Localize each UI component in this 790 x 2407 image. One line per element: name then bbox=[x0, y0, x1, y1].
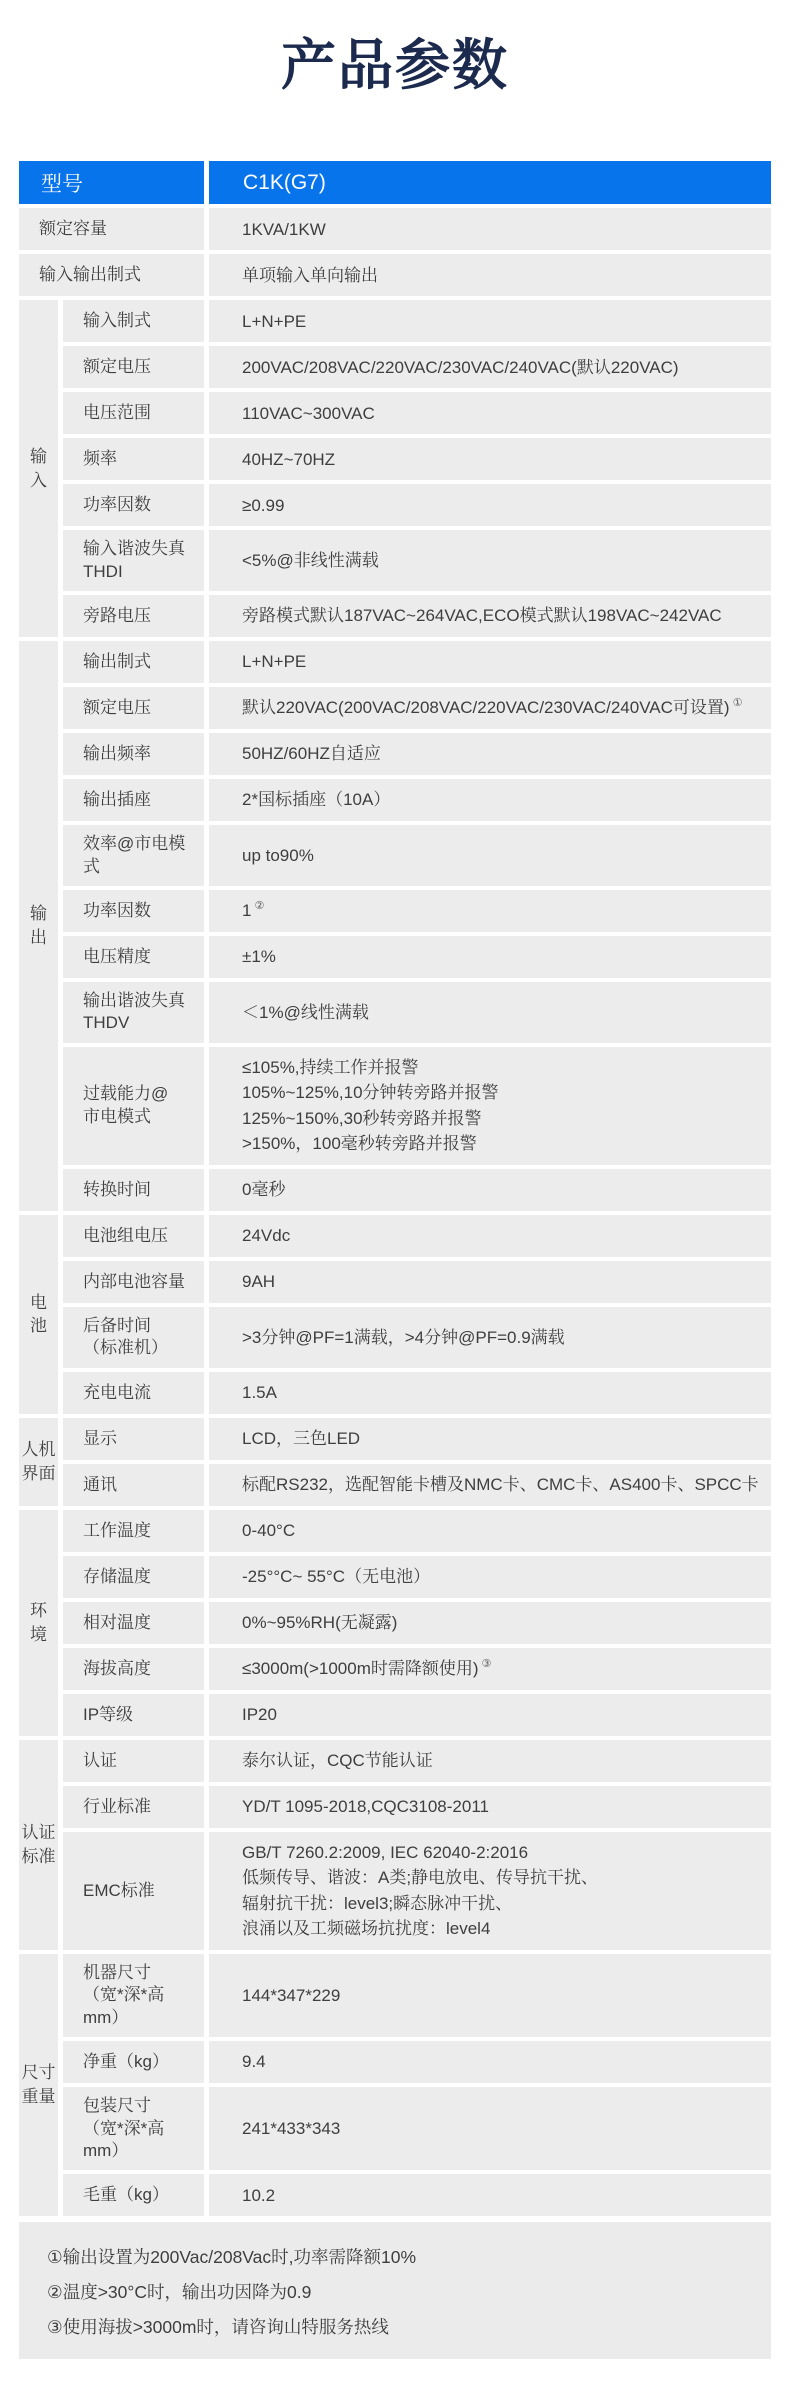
table-row: 包装尺寸 （宽*深*高mm）241*433*343 bbox=[63, 2087, 771, 2170]
table-row: 效率@市电模式up to90% bbox=[63, 825, 771, 886]
row-value-text: 9AH bbox=[242, 1269, 275, 1295]
row-value-text: L+N+PE bbox=[242, 309, 306, 335]
group-label: 环 境 bbox=[19, 1510, 58, 1736]
product-parameters-page: 产品参数 型号 C1K(G7) 额定容量1KVA/1KW输入输出制式单项输入单向… bbox=[0, 0, 790, 2407]
row-label: 输出频率 bbox=[63, 733, 204, 775]
footnote-item: ①输出设置为200Vac/208Vac时,功率需降额10% bbox=[47, 2240, 751, 2275]
row-label: 输出谐波失真 THDV bbox=[63, 982, 204, 1043]
row-value-text: 1.5A bbox=[242, 1380, 277, 1406]
row-value: -25°°C~ 55°C（无电池） bbox=[209, 1556, 771, 1598]
row-value: 241*433*343 bbox=[209, 2087, 771, 2170]
row-value: 旁路模式默认187VAC~264VAC,ECO模式默认198VAC~242VAC bbox=[209, 595, 771, 637]
spec-section-1: 输入输出制式单项输入单向输出 bbox=[19, 254, 771, 296]
row-label: 过载能力@ 市电模式 bbox=[63, 1047, 204, 1165]
row-label: 额定电压 bbox=[63, 346, 204, 388]
table-row: 旁路电压旁路模式默认187VAC~264VAC,ECO模式默认198VAC~24… bbox=[63, 595, 771, 637]
row-value-text: 9.4 bbox=[242, 2049, 266, 2075]
row-value-text: 200VAC/208VAC/220VAC/230VAC/240VAC(默认220… bbox=[242, 355, 679, 381]
row-value-text: 10.2 bbox=[242, 2183, 275, 2209]
row-value-text: 0%~95%RH(无凝露) bbox=[242, 1610, 397, 1636]
row-value-text: LCD，三色LED bbox=[242, 1426, 360, 1452]
table-row: 相对温度0%~95%RH(无凝露) bbox=[63, 1602, 771, 1644]
row-value-text: 2*国标插座（10A） bbox=[242, 787, 390, 813]
row-label: 机器尺寸 （宽*深*高mm） bbox=[63, 1954, 204, 2037]
row-value: 0毫秒 bbox=[209, 1169, 771, 1211]
section-rows: 额定容量1KVA/1KW bbox=[19, 208, 771, 250]
row-label: 旁路电压 bbox=[63, 595, 204, 637]
row-value-text: 默认220VAC(200VAC/208VAC/220VAC/230VAC/240… bbox=[242, 695, 730, 721]
row-label: 行业标准 bbox=[63, 1786, 204, 1828]
row-value-text: 110VAC~300VAC bbox=[242, 401, 375, 427]
table-row: 毛重（kg）10.2 bbox=[63, 2174, 771, 2216]
table-row: 电压精度±1% bbox=[63, 936, 771, 978]
section-rows: 认证泰尔认证，CQC节能认证行业标准YD/T 1095-2018,CQC3108… bbox=[63, 1740, 771, 1950]
row-value: up to90% bbox=[209, 825, 771, 886]
group-label: 输 出 bbox=[19, 641, 58, 1211]
row-label: 充电电流 bbox=[63, 1372, 204, 1414]
row-value: <5%@非线性满载 bbox=[209, 530, 771, 591]
table-row: 输出频率50HZ/60HZ自适应 bbox=[63, 733, 771, 775]
row-value-text: GB/T 7260.2:2009, IEC 62040-2:2016 低频传导、… bbox=[242, 1840, 598, 1942]
table-row: 海拔高度≤3000m(>1000m时需降额使用)③ bbox=[63, 1648, 771, 1690]
table-row: 内部电池容量9AH bbox=[63, 1261, 771, 1303]
footnote-item: ③使用海拔>3000m时，请咨询山特服务热线 bbox=[47, 2310, 751, 2345]
row-value: 2*国标插座（10A） bbox=[209, 779, 771, 821]
table-row: 认证泰尔认证，CQC节能认证 bbox=[63, 1740, 771, 1782]
row-value: 10.2 bbox=[209, 2174, 771, 2216]
row-value: 200VAC/208VAC/220VAC/230VAC/240VAC(默认220… bbox=[209, 346, 771, 388]
row-value-text: 144*347*229 bbox=[242, 1983, 340, 2009]
table-row: 存储温度-25°°C~ 55°C（无电池） bbox=[63, 1556, 771, 1598]
row-value: IP20 bbox=[209, 1694, 771, 1736]
row-value: 24Vdc bbox=[209, 1215, 771, 1257]
table-row: 输入制式L+N+PE bbox=[63, 300, 771, 342]
row-value-text: IP20 bbox=[242, 1702, 277, 1728]
table-row: 转换时间0毫秒 bbox=[63, 1169, 771, 1211]
table-row: 功率因数1② bbox=[63, 890, 771, 932]
group-label: 认证 标准 bbox=[19, 1740, 58, 1950]
spec-section-5: 人机 界面显示LCD，三色LED通讯标配RS232，选配智能卡槽及NMC卡、CM… bbox=[19, 1418, 771, 1506]
row-value: 1② bbox=[209, 890, 771, 932]
section-rows: 工作温度0-40°C存储温度-25°°C~ 55°C（无电池）相对温度0%~95… bbox=[63, 1510, 771, 1736]
row-value: 0%~95%RH(无凝露) bbox=[209, 1602, 771, 1644]
row-value-text: ≤105%,持续工作并报警 105%~125%,10分钟转旁路并报警 125%~… bbox=[242, 1055, 499, 1157]
row-label: 输出制式 bbox=[63, 641, 204, 683]
table-row: IP等级IP20 bbox=[63, 1694, 771, 1736]
row-label: 转换时间 bbox=[63, 1169, 204, 1211]
row-value: L+N+PE bbox=[209, 300, 771, 342]
table-row: 输入谐波失真 THDI<5%@非线性满载 bbox=[63, 530, 771, 591]
row-label: 毛重（kg） bbox=[63, 2174, 204, 2216]
row-value-text: ＜1%@线性满载 bbox=[242, 1000, 369, 1026]
section-rows: 电池组电压24Vdc内部电池容量9AH后备时间 （标准机）>3分钟@PF=1满载… bbox=[63, 1215, 771, 1414]
row-value-text: 旁路模式默认187VAC~264VAC,ECO模式默认198VAC~242VAC bbox=[242, 603, 722, 629]
table-row: 工作温度0-40°C bbox=[63, 1510, 771, 1552]
table-sections: 额定容量1KVA/1KW输入输出制式单项输入单向输出输 入输入制式L+N+PE额… bbox=[19, 208, 771, 2216]
row-label: 输入输出制式 bbox=[19, 254, 204, 296]
table-header-row: 型号 C1K(G7) bbox=[19, 161, 771, 204]
table-row: 额定容量1KVA/1KW bbox=[19, 208, 771, 250]
row-value: ≤105%,持续工作并报警 105%~125%,10分钟转旁路并报警 125%~… bbox=[209, 1047, 771, 1165]
row-label: EMC标准 bbox=[63, 1832, 204, 1950]
table-row: 后备时间 （标准机）>3分钟@PF=1满载，>4分钟@PF=0.9满载 bbox=[63, 1307, 771, 1368]
row-label: IP等级 bbox=[63, 1694, 204, 1736]
row-label: 额定容量 bbox=[19, 208, 204, 250]
table-row: 机器尺寸 （宽*深*高mm）144*347*229 bbox=[63, 1954, 771, 2037]
row-value: 默认220VAC(200VAC/208VAC/220VAC/230VAC/240… bbox=[209, 687, 771, 729]
table-row: 输出谐波失真 THDV＜1%@线性满载 bbox=[63, 982, 771, 1043]
section-rows: 输入输出制式单项输入单向输出 bbox=[19, 254, 771, 296]
table-row: 输出插座2*国标插座（10A） bbox=[63, 779, 771, 821]
spec-section-4: 电 池电池组电压24Vdc内部电池容量9AH后备时间 （标准机）>3分钟@PF=… bbox=[19, 1215, 771, 1414]
row-value: 标配RS232，选配智能卡槽及NMC卡、CMC卡、AS400卡、SPCC卡 bbox=[209, 1464, 771, 1506]
section-rows: 输出制式L+N+PE额定电压默认220VAC(200VAC/208VAC/220… bbox=[63, 641, 771, 1211]
table-row: 过载能力@ 市电模式≤105%,持续工作并报警 105%~125%,10分钟转旁… bbox=[63, 1047, 771, 1165]
group-label: 人机 界面 bbox=[19, 1418, 58, 1506]
row-label: 包装尺寸 （宽*深*高mm） bbox=[63, 2087, 204, 2170]
row-value: 0-40°C bbox=[209, 1510, 771, 1552]
spec-section-3: 输 出输出制式L+N+PE额定电压默认220VAC(200VAC/208VAC/… bbox=[19, 641, 771, 1211]
model-header-value: C1K(G7) bbox=[209, 161, 771, 204]
spec-table: 型号 C1K(G7) 额定容量1KVA/1KW输入输出制式单项输入单向输出输 入… bbox=[19, 161, 771, 2216]
row-value: LCD，三色LED bbox=[209, 1418, 771, 1460]
row-value-text: 1 bbox=[242, 898, 251, 924]
spec-section-2: 输 入输入制式L+N+PE额定电压200VAC/208VAC/220VAC/23… bbox=[19, 300, 771, 637]
row-value: 单项输入单向输出 bbox=[209, 254, 771, 296]
row-value: 110VAC~300VAC bbox=[209, 392, 771, 434]
row-value-text: 0-40°C bbox=[242, 1518, 295, 1544]
row-value: ＜1%@线性满载 bbox=[209, 982, 771, 1043]
row-label: 工作温度 bbox=[63, 1510, 204, 1552]
model-header-label: 型号 bbox=[19, 161, 204, 204]
footnote-mark: ③ bbox=[482, 1656, 492, 1673]
row-value-text: ±1% bbox=[242, 944, 276, 970]
spec-section-7: 认证 标准认证泰尔认证，CQC节能认证行业标准YD/T 1095-2018,CQ… bbox=[19, 1740, 771, 1950]
table-row: 额定电压默认220VAC(200VAC/208VAC/220VAC/230VAC… bbox=[63, 687, 771, 729]
row-label: 电压范围 bbox=[63, 392, 204, 434]
spec-section-0: 额定容量1KVA/1KW bbox=[19, 208, 771, 250]
footnotes: ①输出设置为200Vac/208Vac时,功率需降额10%②温度>30°C时，输… bbox=[19, 2222, 771, 2359]
row-label: 认证 bbox=[63, 1740, 204, 1782]
table-row: 电压范围110VAC~300VAC bbox=[63, 392, 771, 434]
spec-section-8: 尺寸 重量机器尺寸 （宽*深*高mm）144*347*229净重（kg）9.4包… bbox=[19, 1954, 771, 2217]
row-value-text: -25°°C~ 55°C（无电池） bbox=[242, 1564, 430, 1590]
row-label: 相对温度 bbox=[63, 1602, 204, 1644]
row-value-text: ≤3000m(>1000m时需降额使用) bbox=[242, 1656, 479, 1682]
row-value: YD/T 1095-2018,CQC3108-2011 bbox=[209, 1786, 771, 1828]
footnote-mark: ① bbox=[733, 695, 743, 712]
page-title: 产品参数 bbox=[0, 0, 790, 97]
row-value-text: 50HZ/60HZ自适应 bbox=[242, 741, 381, 767]
row-label: 额定电压 bbox=[63, 687, 204, 729]
row-label: 输出插座 bbox=[63, 779, 204, 821]
table-row: 充电电流1.5A bbox=[63, 1372, 771, 1414]
table-row: 输入输出制式单项输入单向输出 bbox=[19, 254, 771, 296]
section-rows: 机器尺寸 （宽*深*高mm）144*347*229净重（kg）9.4包装尺寸 （… bbox=[63, 1954, 771, 2217]
row-value-text: 40HZ~70HZ bbox=[242, 447, 335, 473]
table-row: 行业标准YD/T 1095-2018,CQC3108-2011 bbox=[63, 1786, 771, 1828]
row-label: 存储温度 bbox=[63, 1556, 204, 1598]
section-rows: 输入制式L+N+PE额定电压200VAC/208VAC/220VAC/230VA… bbox=[63, 300, 771, 637]
row-label: 后备时间 （标准机） bbox=[63, 1307, 204, 1368]
row-label: 通讯 bbox=[63, 1464, 204, 1506]
table-row: EMC标准GB/T 7260.2:2009, IEC 62040-2:2016 … bbox=[63, 1832, 771, 1950]
row-label: 功率因数 bbox=[63, 890, 204, 932]
row-label: 功率因数 bbox=[63, 484, 204, 526]
row-label: 电压精度 bbox=[63, 936, 204, 978]
row-value-text: 单项输入单向输出 bbox=[242, 263, 378, 289]
row-value-text: 1KVA/1KW bbox=[242, 217, 326, 243]
row-label: 电池组电压 bbox=[63, 1215, 204, 1257]
group-label: 输 入 bbox=[19, 300, 58, 637]
row-label: 内部电池容量 bbox=[63, 1261, 204, 1303]
row-value-text: 24Vdc bbox=[242, 1223, 290, 1249]
footnote-mark: ② bbox=[254, 898, 264, 915]
row-label: 输入制式 bbox=[63, 300, 204, 342]
table-row: 电池组电压24Vdc bbox=[63, 1215, 771, 1257]
row-value: 1.5A bbox=[209, 1372, 771, 1414]
row-value: ≥0.99 bbox=[209, 484, 771, 526]
row-label: 净重（kg） bbox=[63, 2041, 204, 2083]
table-row: 输出制式L+N+PE bbox=[63, 641, 771, 683]
row-value-text: 标配RS232，选配智能卡槽及NMC卡、CMC卡、AS400卡、SPCC卡 bbox=[242, 1472, 759, 1498]
row-value: ≤3000m(>1000m时需降额使用)③ bbox=[209, 1648, 771, 1690]
table-row: 显示LCD，三色LED bbox=[63, 1418, 771, 1460]
row-value-text: 241*433*343 bbox=[242, 2116, 340, 2142]
row-value: 9.4 bbox=[209, 2041, 771, 2083]
row-value: ±1% bbox=[209, 936, 771, 978]
row-label: 海拔高度 bbox=[63, 1648, 204, 1690]
row-value-text: >3分钟@PF=1满载，>4分钟@PF=0.9满载 bbox=[242, 1325, 565, 1351]
table-row: 通讯标配RS232，选配智能卡槽及NMC卡、CMC卡、AS400卡、SPCC卡 bbox=[63, 1464, 771, 1506]
row-value: 40HZ~70HZ bbox=[209, 438, 771, 480]
group-label: 尺寸 重量 bbox=[19, 1954, 58, 2217]
row-value: 50HZ/60HZ自适应 bbox=[209, 733, 771, 775]
section-rows: 显示LCD，三色LED通讯标配RS232，选配智能卡槽及NMC卡、CMC卡、AS… bbox=[63, 1418, 771, 1506]
row-value-text: <5%@非线性满载 bbox=[242, 548, 379, 574]
row-value-text: 泰尔认证，CQC节能认证 bbox=[242, 1748, 433, 1774]
row-value: 9AH bbox=[209, 1261, 771, 1303]
row-value: >3分钟@PF=1满载，>4分钟@PF=0.9满载 bbox=[209, 1307, 771, 1368]
row-label: 频率 bbox=[63, 438, 204, 480]
row-value: 1KVA/1KW bbox=[209, 208, 771, 250]
table-row: 频率40HZ~70HZ bbox=[63, 438, 771, 480]
row-value: L+N+PE bbox=[209, 641, 771, 683]
group-label: 电 池 bbox=[19, 1215, 58, 1414]
row-value-text: YD/T 1095-2018,CQC3108-2011 bbox=[242, 1794, 489, 1820]
table-row: 额定电压200VAC/208VAC/220VAC/230VAC/240VAC(默… bbox=[63, 346, 771, 388]
row-value-text: up to90% bbox=[242, 843, 314, 869]
row-value: 144*347*229 bbox=[209, 1954, 771, 2037]
row-value-text: L+N+PE bbox=[242, 649, 306, 675]
row-label: 效率@市电模式 bbox=[63, 825, 204, 886]
row-value-text: ≥0.99 bbox=[242, 493, 284, 519]
row-label: 输入谐波失真 THDI bbox=[63, 530, 204, 591]
row-value: GB/T 7260.2:2009, IEC 62040-2:2016 低频传导、… bbox=[209, 1832, 771, 1950]
footnote-item: ②温度>30°C时，输出功因降为0.9 bbox=[47, 2275, 751, 2310]
row-value: 泰尔认证，CQC节能认证 bbox=[209, 1740, 771, 1782]
row-value-text: 0毫秒 bbox=[242, 1177, 285, 1203]
spec-section-6: 环 境工作温度0-40°C存储温度-25°°C~ 55°C（无电池）相对温度0%… bbox=[19, 1510, 771, 1736]
table-row: 功率因数≥0.99 bbox=[63, 484, 771, 526]
row-label: 显示 bbox=[63, 1418, 204, 1460]
table-row: 净重（kg）9.4 bbox=[63, 2041, 771, 2083]
